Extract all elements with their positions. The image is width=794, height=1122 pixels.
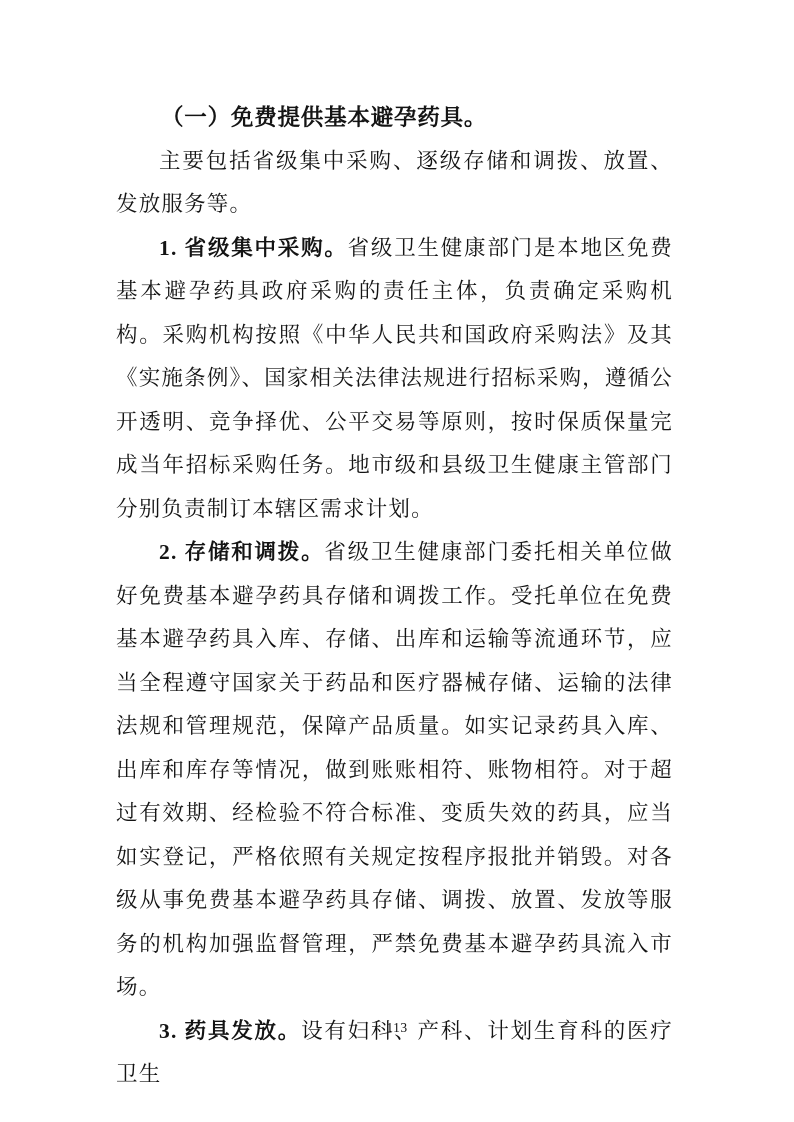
paragraph-overview: 主要包括省级集中采购、逐级存储和调拨、放置、发放服务等。 xyxy=(116,140,673,227)
section-heading: （一）免费提供基本避孕药具。 xyxy=(116,96,673,140)
page-number: 113 xyxy=(0,1020,794,1036)
paragraph-lead: 1. 省级集中采购。 xyxy=(159,236,348,260)
paragraph-text: 省级卫生健康部门委托相关单位做好免费基本避孕药具存储和调拨工作。受托单位在免费基… xyxy=(116,540,673,999)
document-page: （一）免费提供基本避孕药具。 主要包括省级集中采购、逐级存储和调拨、放置、发放服… xyxy=(0,0,794,1122)
paragraph-text: 主要包括省级集中采购、逐级存储和调拨、放置、发放服务等。 xyxy=(116,149,673,217)
paragraph-text: 省级卫生健康部门是本地区免费基本避孕药具政府采购的责任主体，负责确定采购机构。采… xyxy=(116,236,673,521)
text-block: （一）免费提供基本避孕药具。 主要包括省级集中采购、逐级存储和调拨、放置、发放服… xyxy=(116,96,673,1097)
paragraph-provincial-procurement: 1. 省级集中采购。省级卫生健康部门是本地区免费基本避孕药具政府采购的责任主体，… xyxy=(116,227,673,532)
paragraph-storage-allocation: 2. 存储和调拨。省级卫生健康部门委托相关单位做好免费基本避孕药具存储和调拨工作… xyxy=(116,531,673,1010)
paragraph-lead: 2. 存储和调拨。 xyxy=(159,540,324,564)
